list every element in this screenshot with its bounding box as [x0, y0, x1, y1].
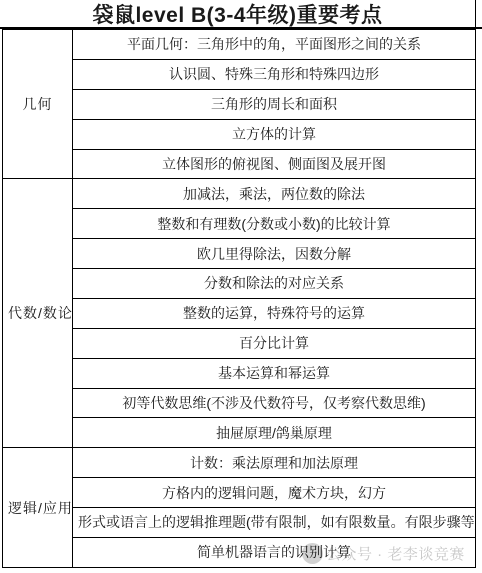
group-label-2: 逻辑/应用 — [3, 448, 73, 568]
table-row: 代数/数论加减法，乘法，两位数的除法 — [3, 179, 476, 209]
table-row: 欧几里得除法，因数分解 — [3, 239, 476, 269]
topic-cell: 初等代数思维(不涉及代数符号，仅考察代数思维) — [73, 388, 476, 418]
table-row: 立方体的计算 — [3, 119, 476, 149]
table-row: 简单机器语言的识别计算 — [3, 537, 476, 567]
topic-cell: 基本运算和幂运算 — [73, 358, 476, 388]
table-row: 认识圆、特殊三角形和特殊四边形 — [3, 59, 476, 89]
table-row: 初等代数思维(不涉及代数符号，仅考察代数思维) — [3, 388, 476, 418]
table-row: 基本运算和幂运算 — [3, 358, 476, 388]
topic-cell: 认识圆、特殊三角形和特殊四边形 — [73, 59, 476, 89]
group-label-1: 代数/数论 — [3, 179, 73, 448]
topic-cell: 分数和除法的对应关系 — [73, 269, 476, 299]
topic-cell: 方格内的逻辑问题，魔术方块，幻方 — [73, 478, 476, 508]
topic-cell: 立方体的计算 — [73, 119, 476, 149]
table-row: 三角形的周长和面积 — [3, 89, 476, 119]
table-row: 抽屉原理/鸽巢原理 — [3, 418, 476, 448]
topic-cell: 加减法，乘法，两位数的除法 — [73, 179, 476, 209]
topics-table: 几何平面几何：三角形中的角，平面图形之间的关系认识圆、特殊三角形和特殊四边形三角… — [2, 29, 476, 568]
topic-cell: 立体图形的俯视图、侧面图及展开图 — [73, 149, 476, 179]
table-row: 形式或语言上的逻辑推理题(带有限制，如有限数量。有限步骤等) — [3, 508, 476, 538]
group-label-0: 几何 — [3, 30, 73, 179]
topic-cell: 百分比计算 — [73, 328, 476, 358]
topic-cell: 欧几里得除法，因数分解 — [73, 239, 476, 269]
topic-cell: 简单机器语言的识别计算 — [73, 537, 476, 567]
table-row: 几何平面几何：三角形中的角，平面图形之间的关系 — [3, 30, 476, 60]
table-row: 方格内的逻辑问题，魔术方块，幻方 — [3, 478, 476, 508]
table-row: 整数和有理数(分数或小数)的比较计算 — [3, 209, 476, 239]
page: 袋鼠level B(3-4年级)重要考点 公众号 · 老李谈竞赛 几何平面几何：… — [0, 0, 482, 573]
topic-cell: 抽屉原理/鸽巢原理 — [73, 418, 476, 448]
table-row: 分数和除法的对应关系 — [3, 269, 476, 299]
table-row: 百分比计算 — [3, 328, 476, 358]
topic-cell: 形式或语言上的逻辑推理题(带有限制，如有限数量。有限步骤等) — [73, 508, 476, 538]
page-title: 袋鼠level B(3-4年级)重要考点 — [0, 0, 476, 27]
table-row: 立体图形的俯视图、侧面图及展开图 — [3, 149, 476, 179]
topic-cell: 整数的运算，特殊符号的运算 — [73, 298, 476, 328]
topic-cell: 计数：乘法原理和加法原理 — [73, 448, 476, 478]
topics-table-body: 几何平面几何：三角形中的角，平面图形之间的关系认识圆、特殊三角形和特殊四边形三角… — [3, 30, 476, 568]
topic-cell: 整数和有理数(分数或小数)的比较计算 — [73, 209, 476, 239]
topic-cell: 平面几何：三角形中的角，平面图形之间的关系 — [73, 30, 476, 60]
table-row: 整数的运算，特殊符号的运算 — [3, 298, 476, 328]
table-row: 逻辑/应用计数：乘法原理和加法原理 — [3, 448, 476, 478]
topic-cell: 三角形的周长和面积 — [73, 89, 476, 119]
